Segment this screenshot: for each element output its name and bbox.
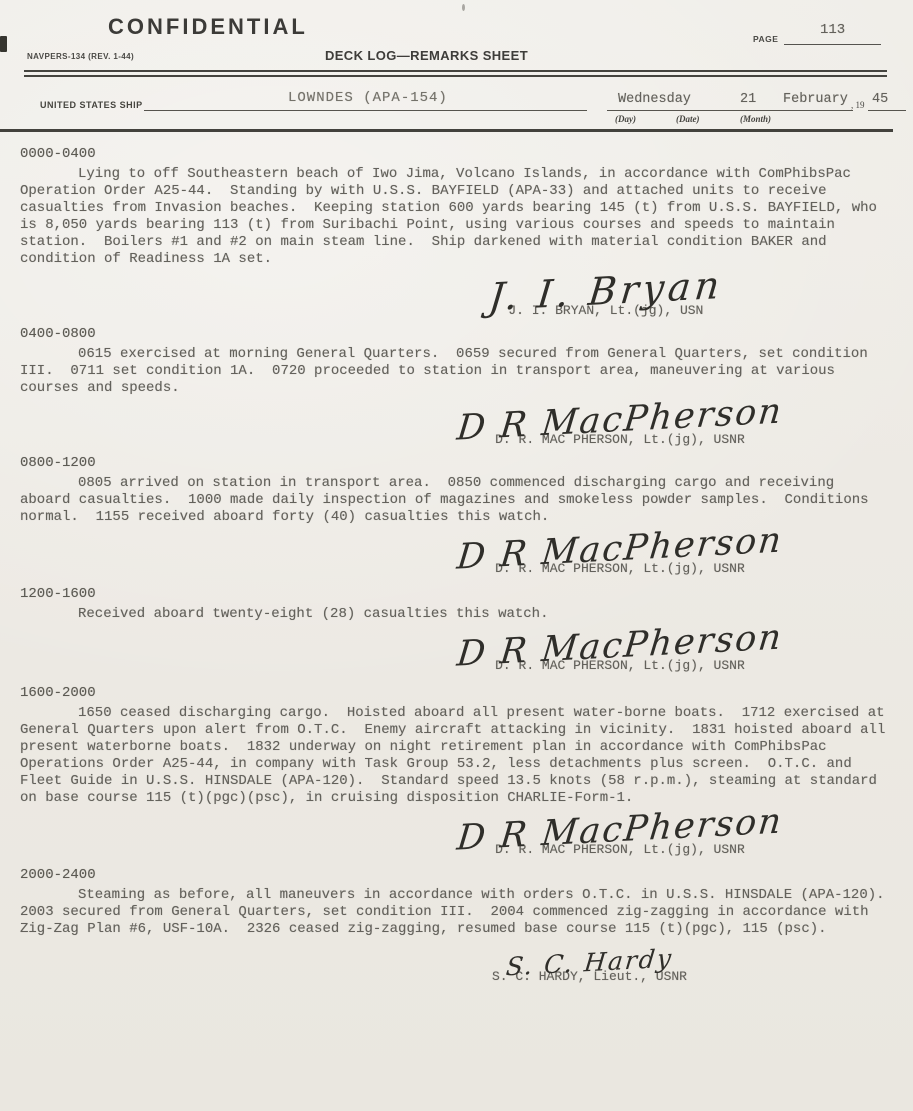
entry-remarks-text: Lying to off Southeastern beach of Iwo J… [20, 166, 891, 268]
month-sublabel: (Month) [740, 114, 771, 124]
signature-block: D R MacPherson D. R. MAC PHERSON, Lt.(jg… [457, 401, 783, 447]
date-day: Wednesday [618, 92, 691, 107]
form-header: CONFIDENTIAL NAVPERS-134 (REV. 1-44) DEC… [0, 0, 913, 133]
date-year: 45 [872, 92, 888, 107]
entry-remarks-text: 1650 ceased discharging cargo. Hoisted a… [20, 705, 891, 807]
log-entry-0800-1200: 0800-1200 0805 arrived on station in tra… [20, 455, 891, 576]
entry-remarks-text: 0615 exercised at morning General Quarte… [20, 346, 891, 397]
ship-name: LOWNDES (APA-154) [288, 90, 448, 106]
ship-name-blank-line [144, 110, 587, 111]
signature-block: J. I. Bryan J. I. BRYAN, Lt.(jg), USN [489, 272, 723, 318]
signature-block: D R MacPherson D. R. MAC PHERSON, Lt.(jg… [457, 627, 783, 673]
header-bottom-rule [0, 129, 893, 132]
entry-remarks-text: 0805 arrived on station in transport are… [20, 475, 891, 526]
watch-period-label: 1600-2000 [20, 685, 891, 702]
scan-artifact [462, 4, 465, 11]
date-blank-line [607, 110, 853, 111]
date-sublabel: (Date) [676, 114, 700, 124]
watch-period-label: 0400-0800 [20, 326, 891, 343]
watch-period-label: 0800-1200 [20, 455, 891, 472]
signature-block: S. C. Hardy S. C. HARDY, Lieut., USNR [492, 950, 687, 984]
watch-period-label: 0000-0400 [20, 146, 891, 163]
log-entry-2000-2400: 2000-2400 Steaming as before, all maneuv… [20, 867, 891, 984]
page-number: 113 [820, 22, 845, 38]
watch-period-label: 1200-1600 [20, 586, 891, 603]
day-sublabel: (Day) [615, 114, 636, 124]
entry-remarks-text: Steaming as before, all maneuvers in acc… [20, 887, 891, 938]
log-entry-0000-0400: 0000-0400 Lying to off Southeastern beac… [20, 146, 891, 318]
log-entry-1200-1600: 1200-1600 Received aboard twenty-eight (… [20, 586, 891, 673]
document-title: DECK LOG—REMARKS SHEET [0, 48, 853, 63]
signature-block: D R MacPherson D. R. MAC PHERSON, Lt.(jg… [457, 811, 783, 857]
deck-log-page: { "document": { "classification_stamp": … [0, 0, 913, 1111]
date-month: February [783, 92, 848, 107]
remarks-body: 0000-0400 Lying to off Southeastern beac… [0, 146, 913, 984]
year-blank-line [868, 110, 906, 111]
date-number: 21 [740, 92, 756, 107]
header-double-rule [24, 70, 887, 77]
page-number-blank-line [784, 44, 881, 45]
log-entry-0400-0800: 0400-0800 0615 exercised at morning Gene… [20, 326, 891, 447]
classification-stamp: CONFIDENTIAL [108, 14, 308, 40]
ship-label: UNITED STATES SHIP [40, 100, 143, 110]
handwritten-signature: J. I. Bryan [487, 266, 725, 317]
watch-period-label: 2000-2400 [20, 867, 891, 884]
year-prefix-label: , 19 [851, 100, 865, 110]
page-label: PAGE [753, 34, 778, 44]
signature-block: D R MacPherson D. R. MAC PHERSON, Lt.(jg… [457, 530, 783, 576]
log-entry-1600-2000: 1600-2000 1650 ceased discharging cargo.… [20, 685, 891, 857]
